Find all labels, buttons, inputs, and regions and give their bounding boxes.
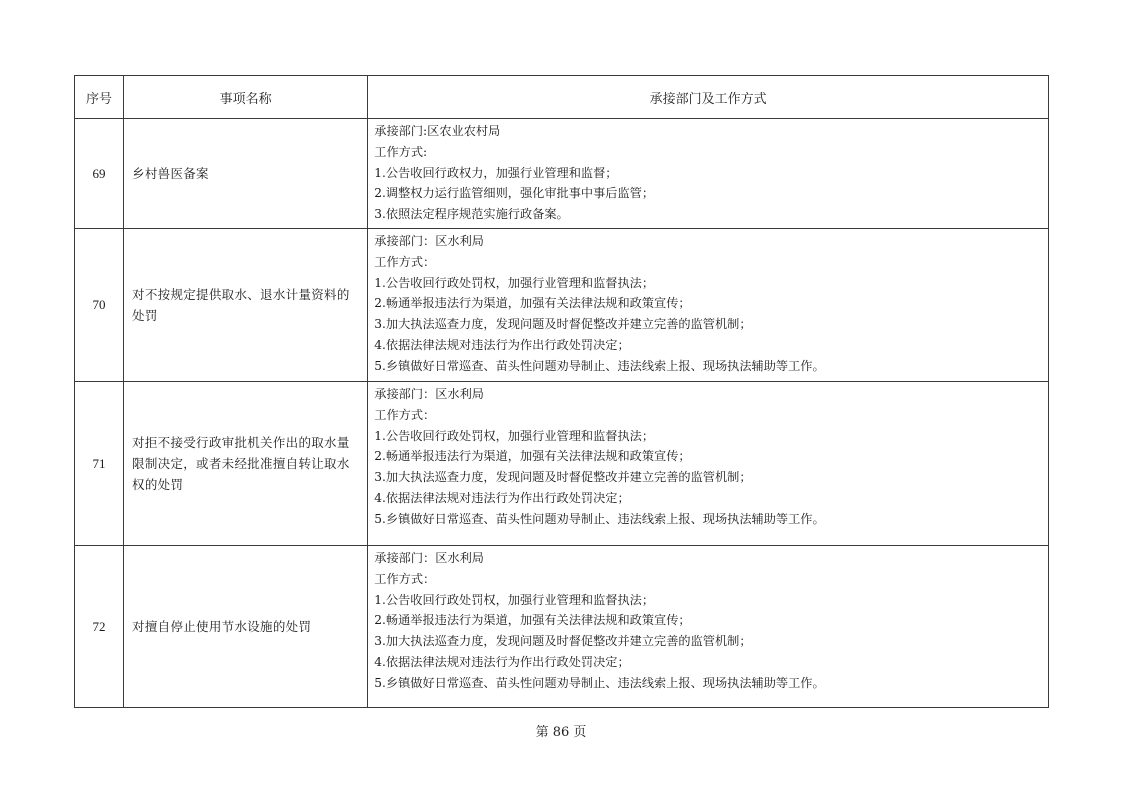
row-number: 71 [75, 382, 124, 546]
department-line: 承接部门：区水利局 [374, 231, 1042, 252]
department-line: 承接部门:区农业农村局 [374, 121, 1042, 142]
method-item: 2.畅通举报违法行为渠道，加强有关法律法规和政策宣传； [374, 610, 1042, 631]
department-method-cell: 承接部门:区农业农村局 工作方式: 1.公告收回行政权力，加强行业管理和监督； … [368, 119, 1049, 229]
method-item: 5.乡镇做好日常巡查、苗头性问题劝导制止、违法线索上报、现场执法辅助等工作。 [374, 509, 1042, 530]
table-row: 69 乡村兽医备案 承接部门:区农业农村局 工作方式: 1.公告收回行政权力，加… [75, 119, 1049, 229]
department-method-cell: 承接部门：区水利局 工作方式： 1.公告收回行政处罚权，加强行业管理和监督执法；… [368, 229, 1049, 382]
item-name: 对不按规定提供取水、退水计量资料的处罚 [124, 229, 368, 382]
item-name: 乡村兽医备案 [124, 119, 368, 229]
table-row: 71 对拒不接受行政审批机关作出的取水量限制决定，或者未经批准擅自转让取水权的处… [75, 382, 1049, 546]
method-item: 1.公告收回行政处罚权，加强行业管理和监督执法； [374, 273, 1042, 294]
method-item: 3.加大执法巡查力度，发现问题及时督促整改并建立完善的监管机制； [374, 631, 1042, 652]
method-item: 2.调整权力运行监管细则，强化审批事中事后监管； [374, 183, 1042, 204]
header-item-name: 事项名称 [124, 76, 368, 119]
method-item: 1.公告收回行政权力，加强行业管理和监督； [374, 163, 1042, 184]
method-item: 3.加大执法巡查力度，发现问题及时督促整改并建立完善的监管机制； [374, 467, 1042, 488]
department-method-cell: 承接部门：区水利局 工作方式： 1.公告收回行政处罚权，加强行业管理和监督执法；… [368, 546, 1049, 708]
table-row: 70 对不按规定提供取水、退水计量资料的处罚 承接部门：区水利局 工作方式： 1… [75, 229, 1049, 382]
method-item: 2.畅通举报违法行为渠道，加强有关法律法规和政策宣传； [374, 293, 1042, 314]
method-item: 5.乡镇做好日常巡查、苗头性问题劝导制止、违法线索上报、现场执法辅助等工作。 [374, 356, 1042, 377]
header-department-method: 承接部门及工作方式 [368, 76, 1049, 119]
method-item: 1.公告收回行政处罚权，加强行业管理和监督执法； [374, 426, 1042, 447]
row-number: 69 [75, 119, 124, 229]
method-label: 工作方式: [374, 142, 1042, 163]
table-row: 72 对擅自停止使用节水设施的处罚 承接部门：区水利局 工作方式： 1.公告收回… [75, 546, 1049, 708]
department-line: 承接部门：区水利局 [374, 384, 1042, 405]
row-number: 70 [75, 229, 124, 382]
table-header-row: 序号 事项名称 承接部门及工作方式 [75, 76, 1049, 119]
method-label: 工作方式： [374, 569, 1042, 590]
header-serial-number: 序号 [75, 76, 124, 119]
method-label: 工作方式： [374, 405, 1042, 426]
method-item: 1.公告收回行政处罚权，加强行业管理和监督执法； [374, 590, 1042, 611]
method-item: 2.畅通举报违法行为渠道，加强有关法律法规和政策宣传； [374, 446, 1042, 467]
method-item: 3.加大执法巡查力度，发现问题及时督促整改并建立完善的监管机制； [374, 314, 1042, 335]
item-name: 对擅自停止使用节水设施的处罚 [124, 546, 368, 708]
department-method-cell: 承接部门：区水利局 工作方式： 1.公告收回行政处罚权，加强行业管理和监督执法；… [368, 382, 1049, 546]
row-number: 72 [75, 546, 124, 708]
items-table: 序号 事项名称 承接部门及工作方式 69 乡村兽医备案 承接部门:区农业农村局 … [74, 75, 1049, 708]
department-line: 承接部门：区水利局 [374, 548, 1042, 569]
method-item: 4.依据法律法规对违法行为作出行政处罚决定； [374, 335, 1042, 356]
method-item: 3.依照法定程序规范实施行政备案。 [374, 204, 1042, 225]
page-number: 第 86 页 [0, 721, 1122, 740]
method-item: 4.依据法律法规对违法行为作出行政处罚决定； [374, 488, 1042, 509]
method-item: 5.乡镇做好日常巡查、苗头性问题劝导制止、违法线索上报、现场执法辅助等工作。 [374, 673, 1042, 694]
method-item: 4.依据法律法规对违法行为作出行政处罚决定； [374, 652, 1042, 673]
method-label: 工作方式： [374, 252, 1042, 273]
item-name: 对拒不接受行政审批机关作出的取水量限制决定，或者未经批准擅自转让取水权的处罚 [124, 382, 368, 546]
